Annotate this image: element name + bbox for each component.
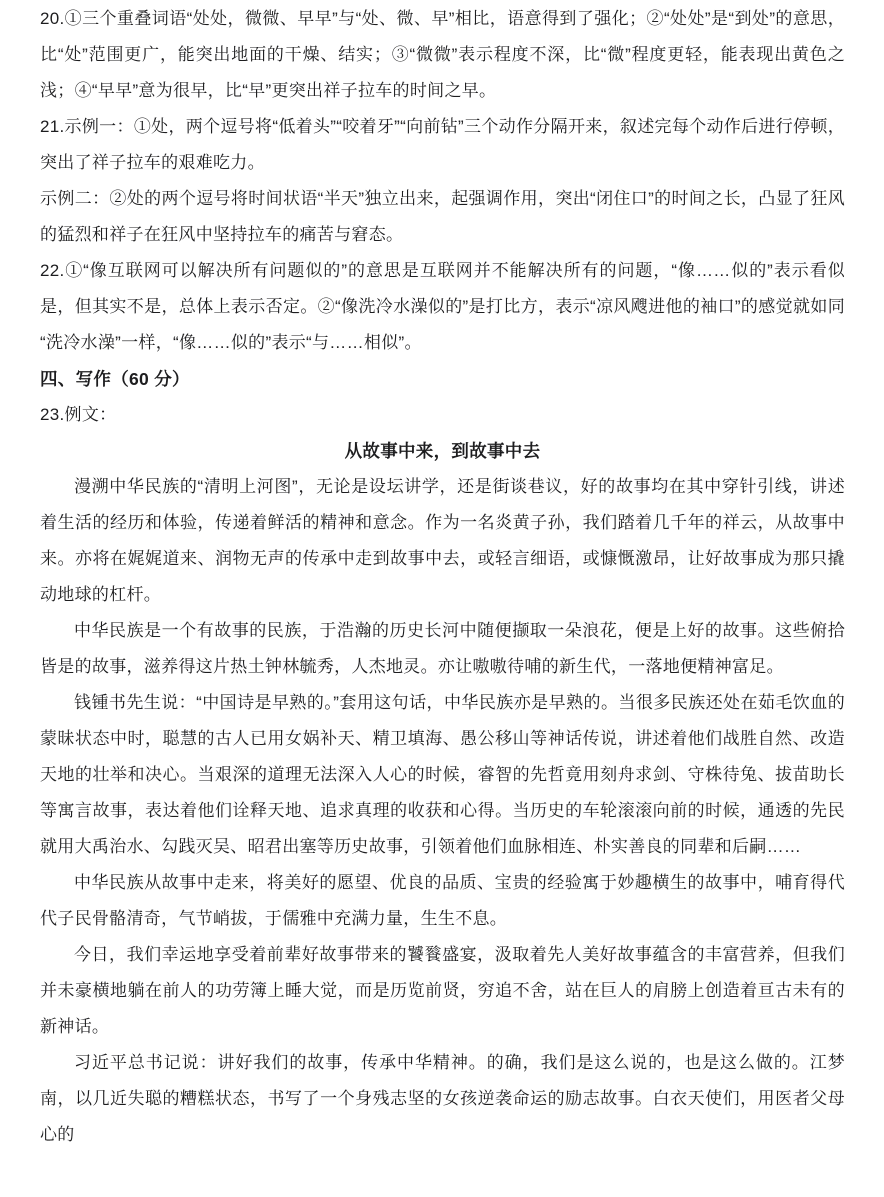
essay-paragraph-3: 钱锺书先生说：“中国诗是早熟的。”套用这句话，中华民族亦是早熟的。当很多民族还处… — [40, 685, 845, 865]
essay-paragraph-2: 中华民族是一个有故事的民族，于浩瀚的历史长河中随便撷取一朵浪花，便是上好的故事。… — [40, 613, 845, 685]
essay-paragraph-6: 习近平总书记说：讲好我们的故事，传承中华精神。的确，我们是这么说的，也是这么做的… — [40, 1045, 845, 1153]
answer-q20: 20.①三个重叠词语“处处，微微、早早”与“处、微、早”相比，语意得到了强化；②… — [40, 1, 845, 109]
answer-q22: 22.①“像互联网可以解决所有问题似的”的意思是互联网并不能解决所有的问题，“像… — [40, 253, 845, 361]
essay-paragraph-1: 漫溯中华民族的“清明上河图”，无论是设坛讲学，还是街谈巷议，好的故事均在其中穿针… — [40, 469, 845, 613]
answer-q21-example1: 21.示例一：①处，两个逗号将“低着头”“咬着牙”“向前钻”三个动作分隔开来，叙… — [40, 109, 845, 181]
essay-label: 23.例文： — [40, 397, 845, 433]
section-heading-writing: 四、写作（60 分） — [40, 361, 845, 397]
essay-title: 从故事中来，到故事中去 — [40, 433, 845, 469]
answer-q21-example2: 示例二：②处的两个逗号将时间状语“半天”独立出来，起强调作用，突出“闭住口”的时… — [40, 181, 845, 253]
document-page: 20.①三个重叠词语“处处，微微、早早”与“处、微、早”相比，语意得到了强化；②… — [0, 0, 884, 1197]
essay-paragraph-4: 中华民族从故事中走来，将美好的愿望、优良的品质、宝贵的经验寓于妙趣横生的故事中，… — [40, 865, 845, 937]
essay-paragraph-5: 今日，我们幸运地享受着前辈好故事带来的饕餮盛宴，汲取着先人美好故事蕴含的丰富营养… — [40, 937, 845, 1045]
